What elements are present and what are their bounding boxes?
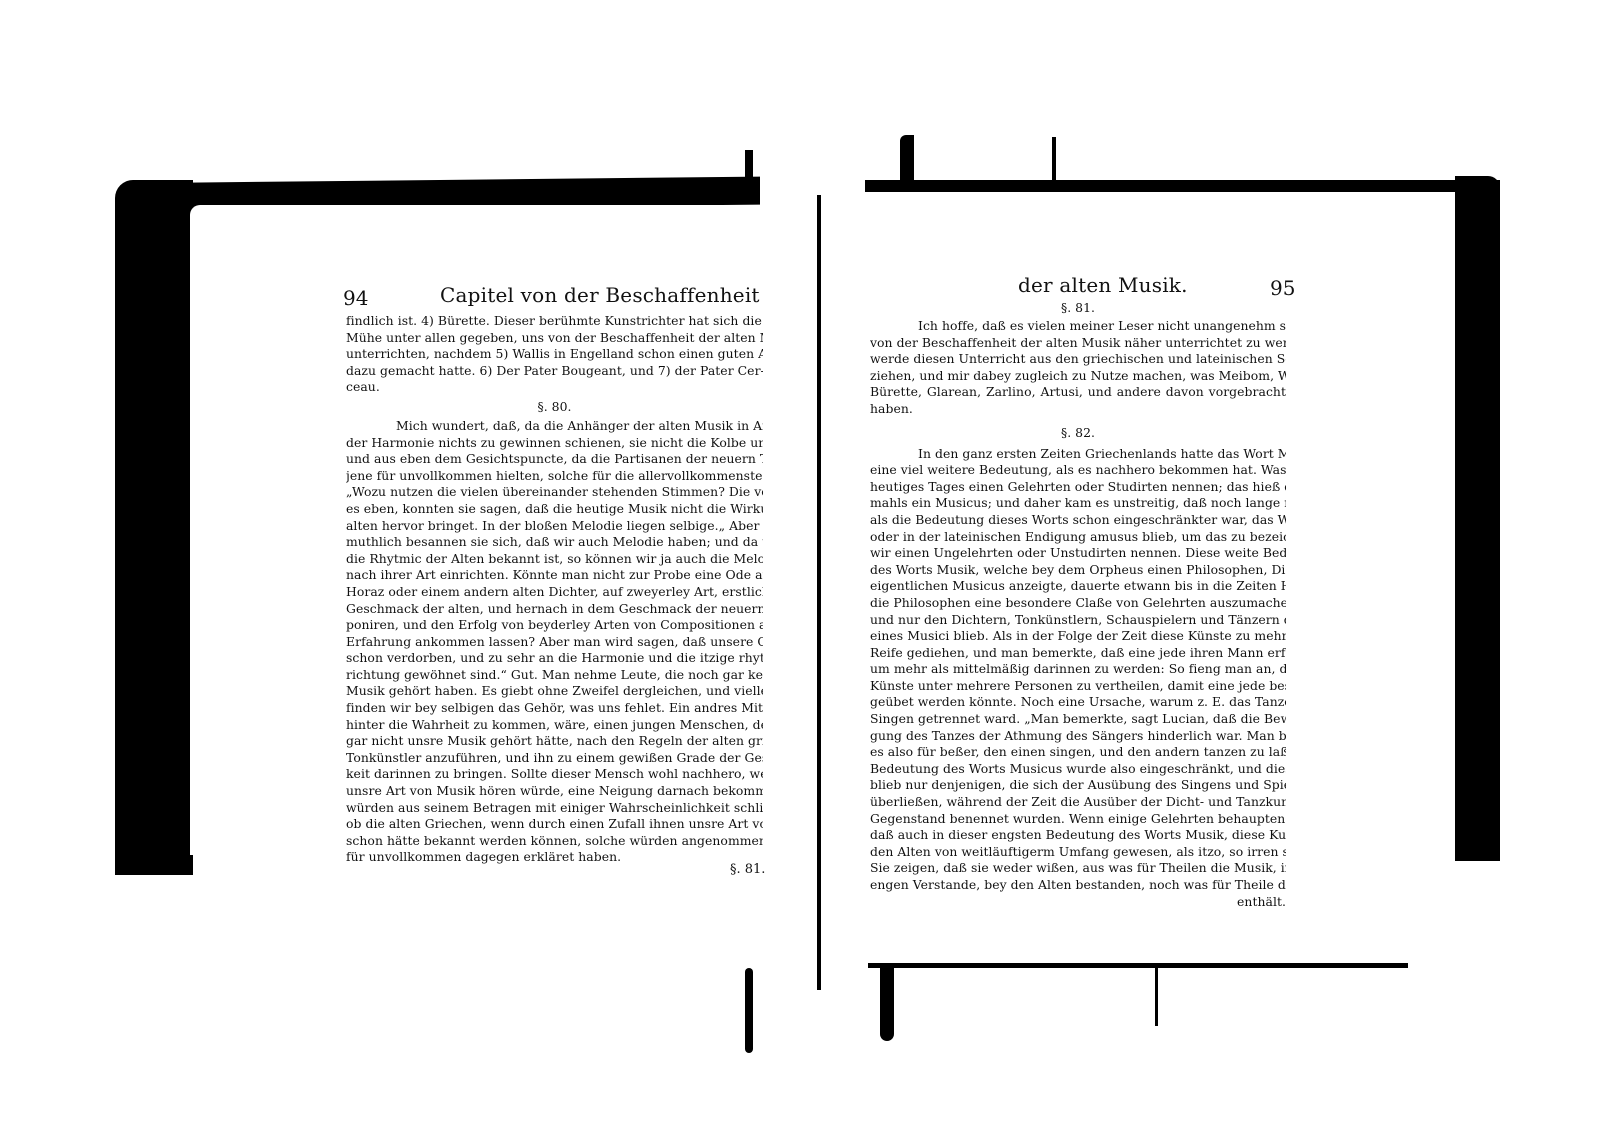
- text-line: wir einen Ungelehrten oder Unstudirten n…: [870, 545, 1286, 562]
- text-line: richtung gewöhnet sind.“ Gut. Man nehme …: [346, 667, 763, 684]
- text-line: der Harmonie nichts zu gewinnen schienen…: [346, 435, 763, 452]
- text-line: ceau.: [346, 379, 763, 396]
- section-heading: §. 80.: [346, 396, 763, 418]
- book-edge-top-right-tab2: [1052, 137, 1056, 187]
- text-line: ob die alten Griechen, wenn durch einen …: [346, 816, 763, 833]
- text-line: eines Musici blieb. Als in der Folge der…: [870, 628, 1286, 645]
- text-line: Bürette, Glarean, Zarlino, Artusi, und a…: [870, 384, 1286, 401]
- text-line: Künste unter mehrere Personen zu verthei…: [870, 678, 1286, 695]
- text-line: heutiges Tages einen Gelehrten oder Stud…: [870, 479, 1286, 496]
- text-line: schon verdorben, und zu sehr an die Harm…: [346, 650, 763, 667]
- book-edge-bottom-tab1: [745, 968, 753, 1053]
- text-line: und nur den Dichtern, Tonkünstlern, Scha…: [870, 612, 1286, 629]
- text-line: engen Verstande, bey den Alten bestanden…: [870, 877, 1286, 894]
- left-running-head: Capitel von der Beschaffenheit: [440, 283, 760, 307]
- text-line: unsre Art von Musik hören würde, eine Ne…: [346, 783, 763, 800]
- text-line: Musik gehört haben. Es giebt ohne Zweife…: [346, 683, 763, 700]
- text-line: nach ihrer Art einrichten. Könnte man ni…: [346, 567, 763, 584]
- text-line: In den ganz ersten Zeiten Griechenlands …: [870, 446, 1286, 463]
- text-line: poniren, und den Erfolg von beyderley Ar…: [346, 617, 763, 634]
- section-heading: §. 82.: [870, 418, 1286, 446]
- text-line: unterrichten, nachdem 5) Wallis in Engel…: [346, 346, 763, 363]
- text-line: würden aus seinem Betragen mit einiger W…: [346, 800, 763, 817]
- text-line: gung des Tanzes der Athmung des Sängers …: [870, 728, 1286, 745]
- book-edge-bottom-tab3: [1155, 966, 1158, 1026]
- text-line: Singen getrennet ward. „Man bemerkte, sa…: [870, 711, 1286, 728]
- text-line: blieb nur denjenigen, die sich der Ausüb…: [870, 777, 1286, 794]
- text-line: ziehen, und mir dabey zugleich zu Nutze …: [870, 368, 1286, 385]
- text-line: dazu gemacht hatte. 6) Der Pater Bougean…: [346, 363, 763, 380]
- text-line: von der Beschaffenheit der alten Musik n…: [870, 335, 1286, 352]
- text-line: eine viel weitere Bedeutung, als es nach…: [870, 462, 1286, 479]
- text-line: überließen, während der Zeit die Ausüber…: [870, 794, 1286, 811]
- text-line: die Philosophen eine besondere Claße von…: [870, 595, 1286, 612]
- text-line: gar nicht unsre Musik gehört hätte, nach…: [346, 733, 763, 750]
- text-line: oder in der lateinischen Endigung amusus…: [870, 529, 1286, 546]
- left-page-number: 94: [343, 286, 368, 310]
- text-line: für unvollkommen dagegen erkläret haben.: [346, 849, 763, 866]
- text-line: Sie zeigen, daß sie weder wißen, aus was…: [870, 860, 1286, 877]
- left-page-text: findlich ist. 4) Bürette. Dieser berühmt…: [346, 313, 763, 866]
- book-edge-top-right-tab1: [900, 135, 914, 190]
- text-line: es eben, konnten sie sagen, daß die heut…: [346, 501, 763, 518]
- book-edge-left: [115, 180, 193, 875]
- text-line: Mich wundert, daß, da die Anhänger der a…: [346, 418, 763, 435]
- text-line: hinter die Wahrheit zu kommen, wäre, ein…: [346, 717, 763, 734]
- text-line: Gegenstand benennet wurden. Wenn einige …: [870, 811, 1286, 828]
- book-edge-top-right: [865, 180, 1500, 192]
- text-line: „Wozu nutzen die vielen übereinander ste…: [346, 484, 763, 501]
- text-line: jene für unvollkommen hielten, solche fü…: [346, 468, 763, 485]
- text-line: es also für beßer, den einen singen, und…: [870, 744, 1286, 761]
- right-running-head: der alten Musik.: [1018, 273, 1188, 297]
- text-line: Erfahrung ankommen lassen? Aber man wird…: [346, 634, 763, 651]
- right-page-number: 95: [1270, 276, 1295, 300]
- text-line: Horaz oder einem andern alten Dichter, a…: [346, 584, 763, 601]
- text-line: enthält.: [870, 894, 1286, 911]
- text-line: um mehr als mittelmäßig darinnen zu werd…: [870, 661, 1286, 678]
- text-line: Reife gediehen, und man bemerkte, daß ei…: [870, 645, 1286, 662]
- text-line: werde diesen Unterricht aus den griechis…: [870, 351, 1286, 368]
- text-line: die Rhytmic der Alten bekannt ist, so kö…: [346, 551, 763, 568]
- book-edge-top-left-tab: [745, 150, 753, 195]
- catchword: §. 81.: [730, 862, 765, 877]
- text-line: finden wir bey selbigen das Gehör, was u…: [346, 700, 763, 717]
- text-line: Tonkünstler anzuführen, und ihn zu einem…: [346, 750, 763, 767]
- text-line: als die Bedeutung dieses Worts schon ein…: [870, 512, 1286, 529]
- text-line: Bedeutung des Worts Musicus wurde also e…: [870, 761, 1286, 778]
- gutter-line: [817, 195, 821, 990]
- text-line: keit darinnen zu bringen. Sollte dieser …: [346, 766, 763, 783]
- text-line: Mühe unter allen gegeben, uns von der Be…: [346, 330, 763, 347]
- text-line: geübet werden könnte. Noch eine Ursache,…: [870, 694, 1286, 711]
- section-heading: §. 81.: [870, 298, 1286, 318]
- book-edge-right: [1455, 176, 1500, 861]
- text-line: muthlich besannen sie sich, daß wir auch…: [346, 534, 763, 551]
- text-line: eigentlichen Musicus anzeigte, dauerte e…: [870, 578, 1286, 595]
- text-line: daß auch in dieser engsten Bedeutung des…: [870, 827, 1286, 844]
- text-line: und aus eben dem Gesichtspuncte, da die …: [346, 451, 763, 468]
- text-line: Ich hoffe, daß es vielen meiner Leser ni…: [870, 318, 1286, 335]
- text-line: alten hervor bringet. In der bloßen Melo…: [346, 518, 763, 535]
- text-line: des Worts Musik, welche bey dem Orpheus …: [870, 562, 1286, 579]
- text-line: findlich ist. 4) Bürette. Dieser berühmt…: [346, 313, 763, 330]
- right-page-text: §. 81. Ich hoffe, daß es vielen meiner L…: [870, 298, 1286, 910]
- text-line: Geschmack der alten, und hernach in dem …: [346, 601, 763, 618]
- book-edge-bottom-right: [868, 963, 1408, 968]
- book-edge-bottom-tab2: [880, 966, 894, 1041]
- text-line: den Alten von weitläuftigerm Umfang gewe…: [870, 844, 1286, 861]
- text-line: mahls ein Musicus; und daher kam es unst…: [870, 495, 1286, 512]
- text-line: schon hätte bekannt werden können, solch…: [346, 833, 763, 850]
- text-line: haben.: [870, 401, 1286, 418]
